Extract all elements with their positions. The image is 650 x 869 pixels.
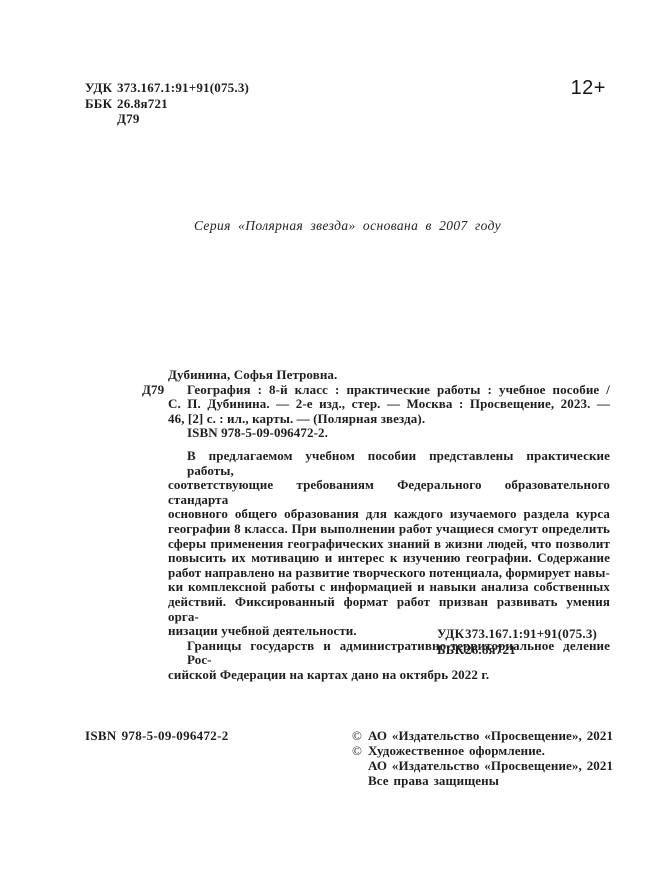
- author-sign-row: Д79: [85, 111, 249, 127]
- annotation-line: основного общего образования для каждого…: [168, 507, 610, 522]
- annotation-line: соответствующие требованиям Федерального…: [168, 478, 610, 507]
- top-bibliographic-codes: УДК373.167.1:91+91(075.3) ББК26.8я721 Д7…: [85, 80, 249, 127]
- annotation-line: географии 8 класса. При выполнении работ…: [168, 522, 610, 537]
- catalog-card: Д79 Дубинина, Софья Петровна. География …: [142, 368, 610, 441]
- copyright-line: АО «Издательство «Просвещение», 2021: [352, 758, 613, 773]
- copyright-symbol: ©: [352, 728, 368, 743]
- copyright-text: Художественное оформление.: [368, 743, 545, 758]
- description-line: 46, [2] с. : ил., карты. — (Полярная зве…: [168, 412, 610, 427]
- bbk-label: ББК: [437, 642, 465, 658]
- udk-label: УДК: [437, 626, 465, 642]
- annotation-line: сийской Федерации на картах дано на октя…: [168, 668, 610, 683]
- annotation-line: ки комплексной работы с информацией и на…: [168, 580, 610, 595]
- card-isbn-line: ISBN 978-5-09-096472-2.: [168, 426, 610, 441]
- series-line: Серия «Полярная звезда» основана в 2007 …: [85, 218, 610, 234]
- copyright-line: ©Художественное оформление.: [352, 743, 613, 758]
- copyright-symbol: ©: [352, 743, 368, 758]
- copyright-text: Все права защищены: [368, 773, 499, 788]
- bbk-value: 26.8я721: [465, 642, 516, 657]
- footer-isbn: ISBN 978-5-09-096472-2: [85, 728, 229, 744]
- author-name: Дубинина, Софья Петровна.: [168, 368, 610, 383]
- annotation-line: повысить их мотивацию и интерес к изучен…: [168, 551, 610, 566]
- bbk-label: ББК: [85, 96, 117, 112]
- annotation-line: работ направлено на развитие творческого…: [168, 566, 610, 581]
- bbk-value: 26.8я721: [117, 96, 168, 111]
- bbk-row-bottom: ББК26.8я721: [437, 642, 597, 658]
- udk-label: УДК: [85, 80, 117, 96]
- annotation-line: действий. Фиксированный формат работ при…: [168, 595, 610, 624]
- udk-row-bottom: УДК373.167.1:91+91(075.3): [437, 626, 597, 642]
- catalog-card-author-sign: Д79: [142, 383, 164, 398]
- copyright-text: АО «Издательство «Просвещение», 2021: [368, 728, 613, 743]
- copyright-block: ©АО «Издательство «Просвещение», 2021 ©Х…: [352, 728, 613, 788]
- description-line: География : 8-й класс : практические раб…: [168, 383, 610, 398]
- age-rating-badge: 12+: [571, 77, 606, 100]
- udk-value: 373.167.1:91+91(075.3): [465, 626, 597, 641]
- bbk-row: ББК26.8я721: [85, 96, 249, 112]
- catalog-card-body: Дубинина, Софья Петровна. География : 8-…: [168, 368, 610, 441]
- book-imprint-page: УДК373.167.1:91+91(075.3) ББК26.8я721 Д7…: [0, 0, 650, 869]
- bottom-bibliographic-codes: УДК373.167.1:91+91(075.3) ББК26.8я721: [437, 626, 597, 657]
- copyright-text: АО «Издательство «Просвещение», 2021: [368, 758, 613, 773]
- udk-row: УДК373.167.1:91+91(075.3): [85, 80, 249, 96]
- annotation-line: сферы применения географических знаний в…: [168, 537, 610, 552]
- author-sign: Д79: [117, 111, 140, 126]
- copyright-line: ©АО «Издательство «Просвещение», 2021: [352, 728, 613, 743]
- description-line: С. П. Дубинина. — 2-е изд., стер. — Моск…: [168, 397, 610, 412]
- annotation-line: В предлагаемом учебном пособии представл…: [168, 449, 610, 478]
- udk-value: 373.167.1:91+91(075.3): [117, 80, 249, 95]
- copyright-line: Все права защищены: [352, 773, 613, 788]
